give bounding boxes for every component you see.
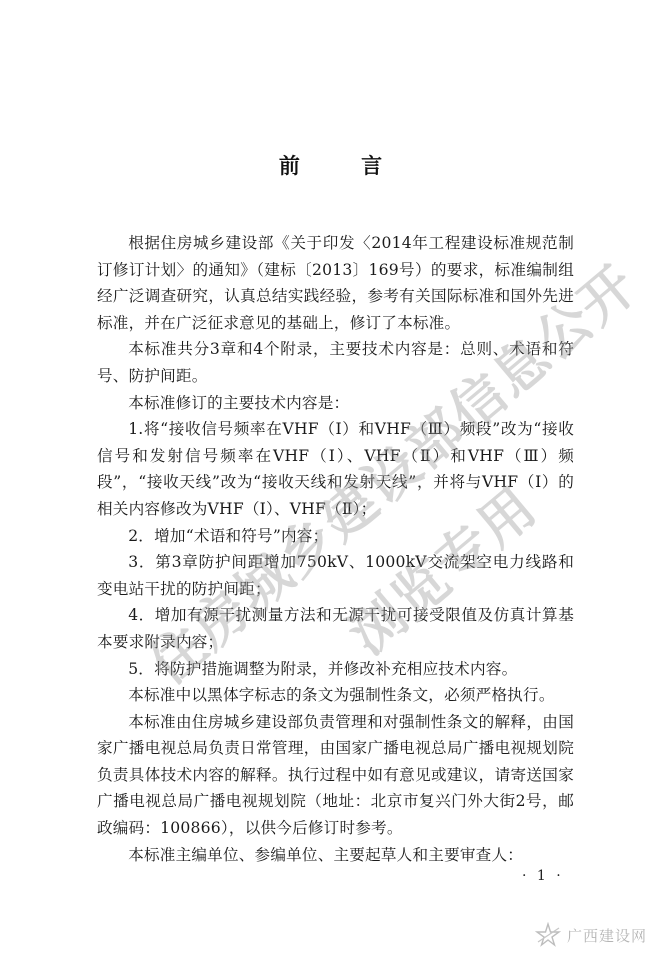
paragraph-mandatory: 本标准中以黑体字标志的条文为强制性条文，必须严格执行。 [97, 682, 574, 709]
paragraph-management: 本标准由住房城乡建设部负责管理和对强制性条文的解释，由国家广播电视总局负责日常管… [97, 709, 574, 842]
paragraph-basis: 根据住房城乡建设部《关于印发〈2014年工程建设标准规范制订修订计划〉的通知》（… [97, 230, 574, 336]
document-body: 根据住房城乡建设部《关于印发〈2014年工程建设标准规范制订修订计划〉的通知》（… [97, 230, 574, 868]
paragraph-revision-intro: 本标准修订的主要技术内容是： [97, 390, 574, 417]
paragraph-structure: 本标准共分3章和4个附录，主要技术内容是：总则、术语和符号、防护间距。 [97, 336, 574, 389]
page-title: 前 言 [0, 150, 661, 180]
revision-item-5: 5．将防护措施调整为附录，并修改补充相应技术内容。 [97, 656, 574, 683]
title-char-2: 言 [361, 150, 382, 180]
revision-item-4: 4．增加有源干扰测量方法和无源干扰可接受限值及仿真计算基本要求附录内容； [97, 602, 574, 655]
document-page: 前 言 根据住房城乡建设部《关于印发〈2014年工程建设标准规范制订修订计划〉的… [0, 0, 661, 958]
site-logo: 广西建设网 [535, 915, 661, 955]
paragraph-contributors: 本标准主编单位、参编单位、主要起草人和主要审查人： [97, 842, 574, 869]
page-number: · 1 · [522, 868, 564, 884]
revision-item-1: 1.将“接收信号频率在VHF（Ⅰ）和VHF（Ⅲ）频段”改为“接收信号和发射信号频… [97, 416, 574, 522]
logo-text: 广西建设网 [567, 925, 647, 946]
title-char-1: 前 [279, 150, 300, 180]
revision-item-3: 3．第3章防护间距增加750kV、1000kV交流架空电力线路和变电站干扰的防护… [97, 549, 574, 602]
star-icon [535, 922, 561, 948]
revision-item-2: 2．增加“术语和符号”内容； [97, 523, 574, 550]
